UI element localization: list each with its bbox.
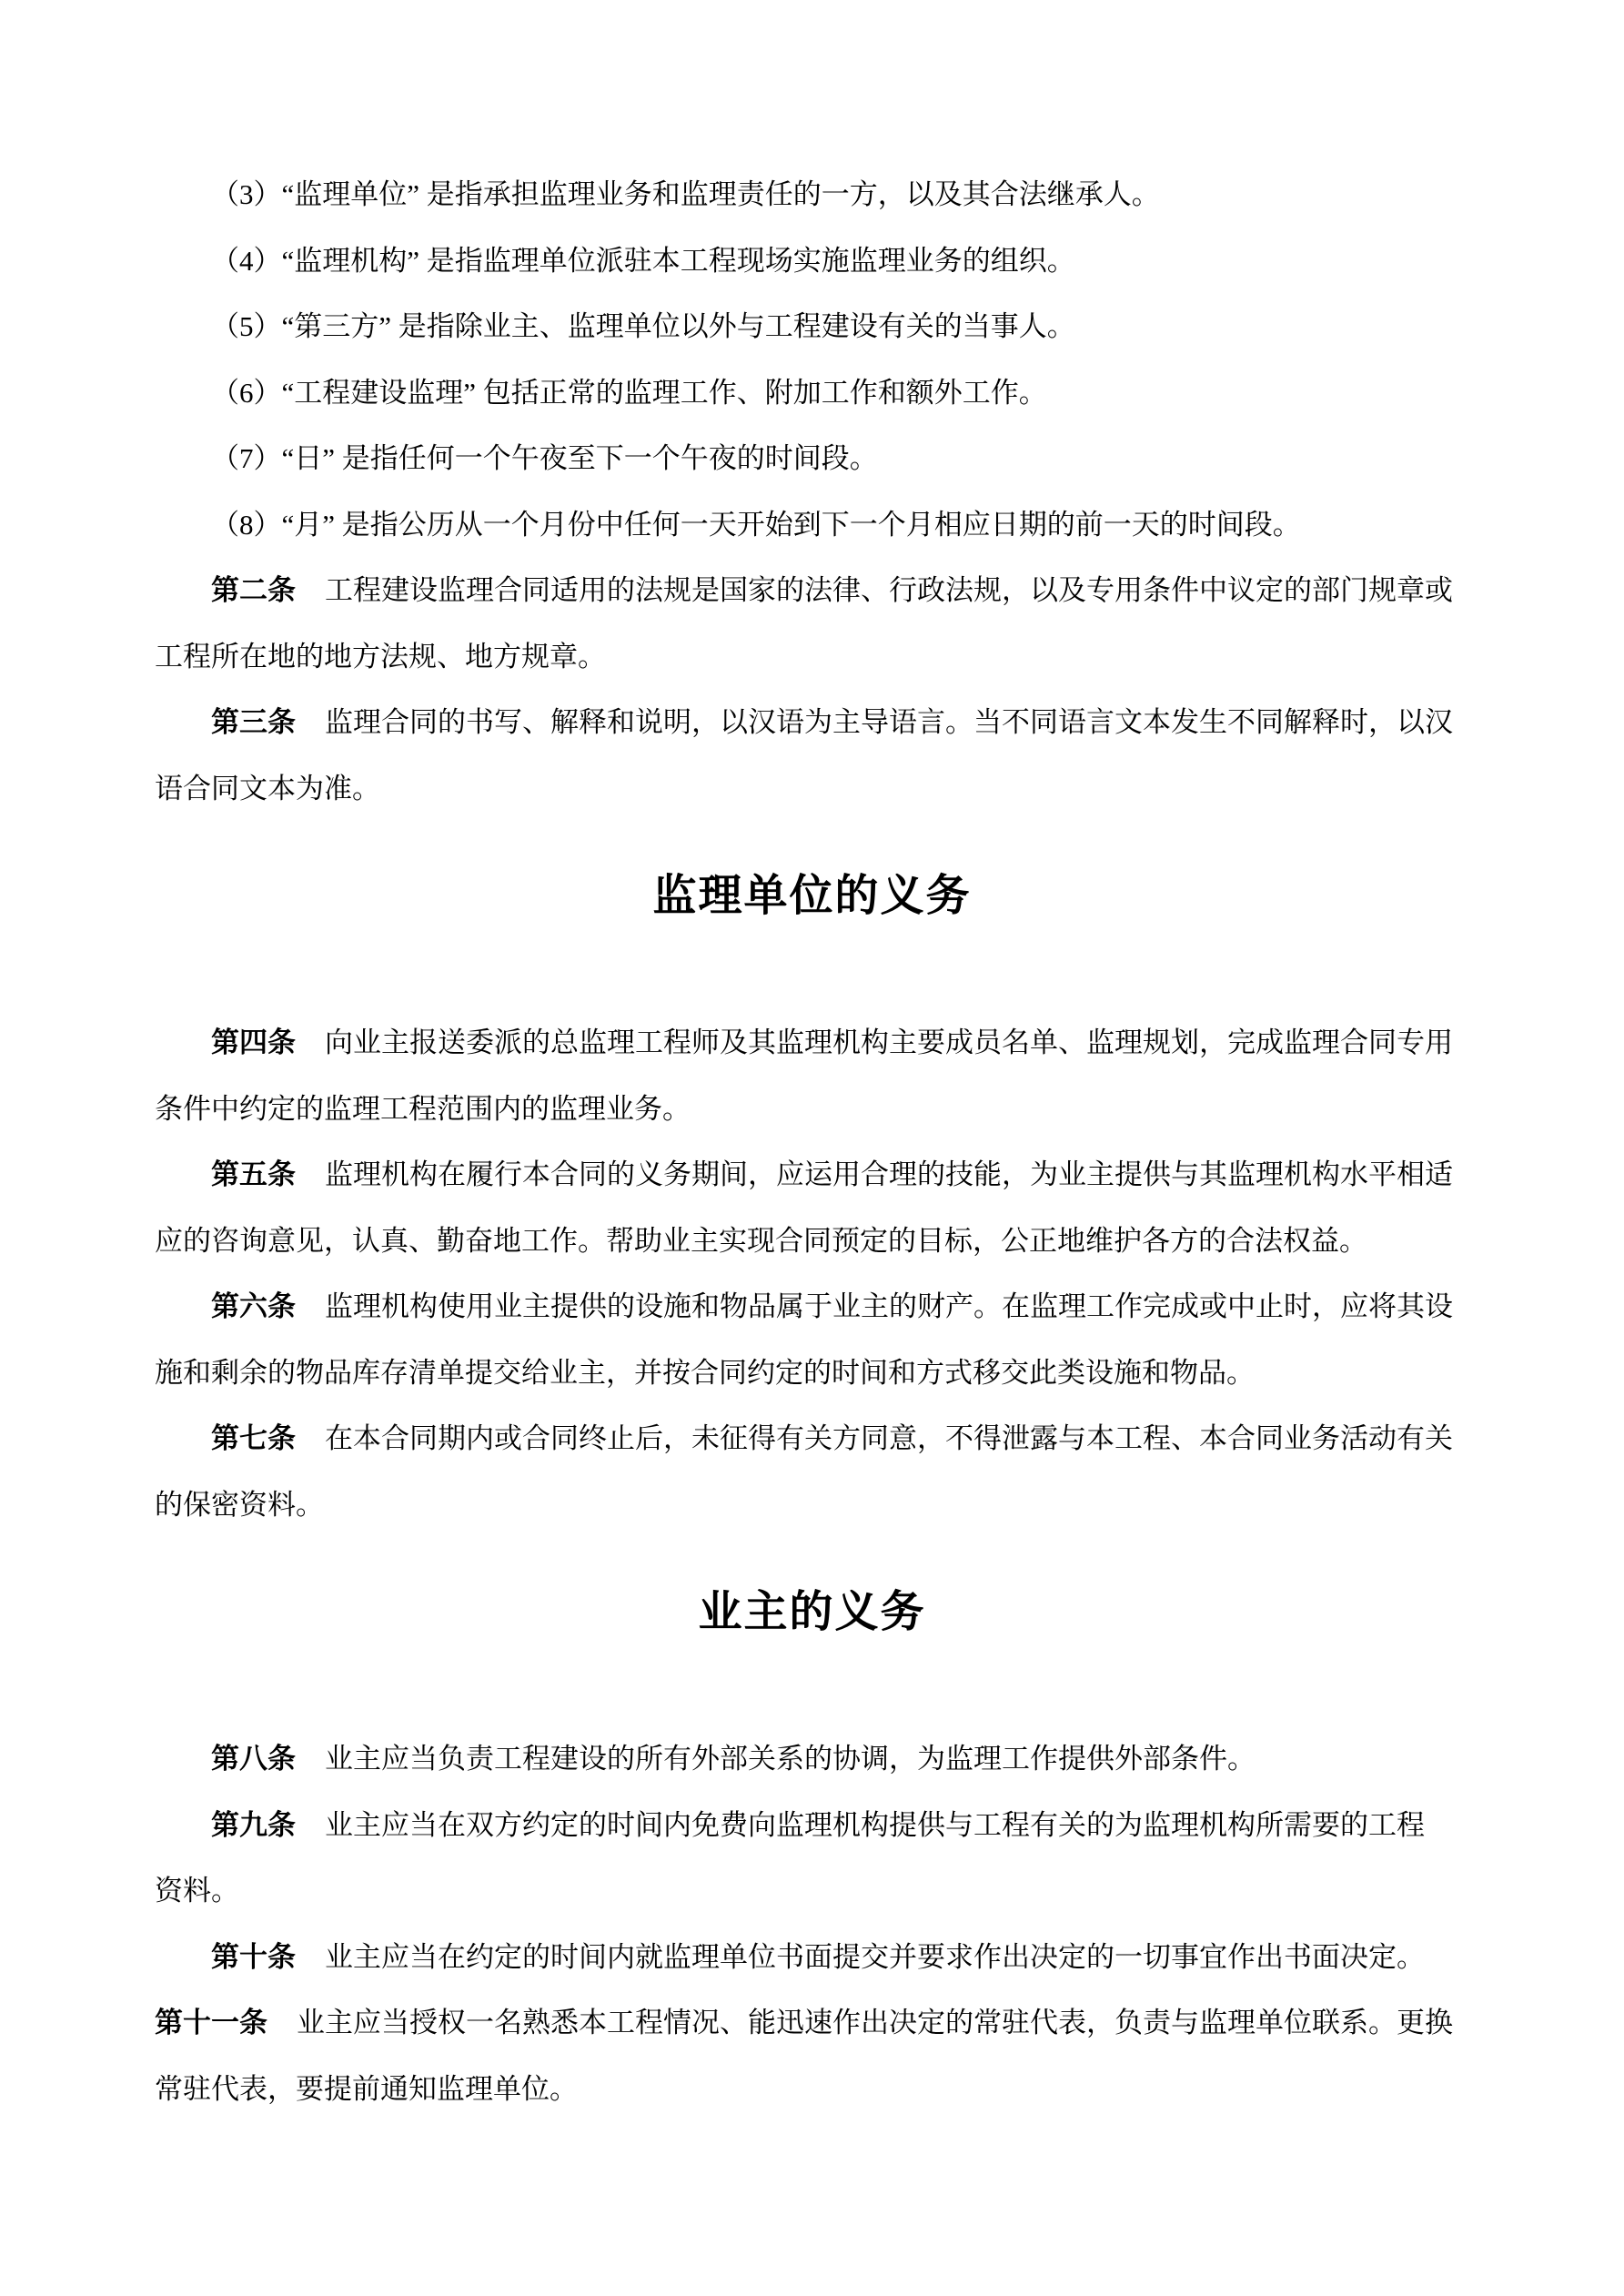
clause-line: 常驻代表，要提前通知监理单位。 bbox=[155, 2057, 1469, 2123]
clause-text: 工程建设监理合同适用的法规是国家的法律、行政法规，以及专用条件中议定的部门规章或 bbox=[325, 574, 1453, 606]
contract-clause: 第九条业主应当在双方约定的时间内免费向监理机构提供与工程有关的为监理机构所需要的… bbox=[155, 1793, 1469, 1925]
clause-line: 第十一条业主应当授权一名熟悉本工程情况、能迅速作出决定的常驻代表，负责与监理单位… bbox=[155, 1990, 1469, 2057]
contract-clause: 第六条监理机构使用业主提供的设施和物品属于业主的财产。在监理工作完成或中止时，应… bbox=[155, 1274, 1469, 1406]
clause-text: 业主应当负责工程建设的所有外部关系的协调，为监理工作提供外部条件。 bbox=[325, 1743, 1256, 1775]
clause-number: 第九条 bbox=[211, 1809, 296, 1841]
clause-text: 向业主报送委派的总监理工程师及其监理机构主要成员名单、监理规划，完成监理合同专用 bbox=[325, 1027, 1453, 1058]
clause-line: （4）“监理机构” 是指监理单位派驻本工程现场实施监理业务的组织。 bbox=[155, 228, 1469, 295]
clause-line: 语合同文本为准。 bbox=[155, 756, 1469, 823]
clause-number: 第十一条 bbox=[155, 2007, 267, 2038]
document-page: （3）“监理单位” 是指承担监理业务和监理责任的一方，以及其合法继承人。（4）“… bbox=[0, 0, 1624, 2296]
clause-line: （5）“第三方” 是指除业主、监理单位以外与工程建设有关的当事人。 bbox=[155, 294, 1469, 360]
clause-line: （8）“月” 是指公历从一个月份中任何一天开始到下一个月相应日期的前一天的时间段… bbox=[155, 492, 1469, 559]
clause-line: （6）“工程建设监理” 包括正常的监理工作、附加工作和额外工作。 bbox=[155, 360, 1469, 427]
clause-line: 第六条监理机构使用业主提供的设施和物品属于业主的财产。在监理工作完成或中止时，应… bbox=[155, 1274, 1469, 1340]
clause-number: 第六条 bbox=[211, 1290, 296, 1322]
clause-line: 工程所在地的地方法规、地方规章。 bbox=[155, 624, 1469, 691]
contract-clause: 第二条工程建设监理合同适用的法规是国家的法律、行政法规，以及专用条件中议定的部门… bbox=[155, 558, 1469, 690]
clause-line: 第五条监理机构在履行本合同的义务期间，应运用合理的技能，为业主提供与其监理机构水… bbox=[155, 1142, 1469, 1209]
contract-clause: （6）“工程建设监理” 包括正常的监理工作、附加工作和额外工作。 bbox=[155, 360, 1469, 427]
contract-clause: 第七条在本合同期内或合同终止后，未征得有关方同意，不得泄露与本工程、本合同业务活… bbox=[155, 1406, 1469, 1538]
clause-number: 第八条 bbox=[211, 1743, 296, 1775]
contract-clause: 第十一条业主应当授权一名熟悉本工程情况、能迅速作出决定的常驻代表，负责与监理单位… bbox=[155, 1990, 1469, 2122]
clause-text: 在本合同期内或合同终止后，未征得有关方同意，不得泄露与本工程、本合同业务活动有关 bbox=[325, 1422, 1453, 1454]
clause-line: 第十条业主应当在约定的时间内就监理单位书面提交并要求作出决定的一切事宜作出书面决… bbox=[155, 1925, 1469, 1991]
clause-line: （3）“监理单位” 是指承担监理业务和监理责任的一方，以及其合法继承人。 bbox=[155, 162, 1469, 228]
contract-clause: 第五条监理机构在履行本合同的义务期间，应运用合理的技能，为业主提供与其监理机构水… bbox=[155, 1142, 1469, 1274]
clause-text: 业主应当在双方约定的时间内免费向监理机构提供与工程有关的为监理机构所需要的工程 bbox=[325, 1809, 1425, 1841]
clause-number: 第四条 bbox=[211, 1027, 296, 1058]
clause-line: 第七条在本合同期内或合同终止后，未征得有关方同意，不得泄露与本工程、本合同业务活… bbox=[155, 1406, 1469, 1472]
contract-text: （3）“监理单位” 是指承担监理业务和监理责任的一方，以及其合法继承人。（4）“… bbox=[155, 162, 1469, 2122]
contract-clause: 第四条向业主报送委派的总监理工程师及其监理机构主要成员名单、监理规划，完成监理合… bbox=[155, 1010, 1469, 1142]
contract-clause: 第三条监理合同的书写、解释和说明，以汉语为主导语言。当不同语言文本发生不同解释时… bbox=[155, 690, 1469, 822]
clause-line: 第四条向业主报送委派的总监理工程师及其监理机构主要成员名单、监理规划，完成监理合… bbox=[155, 1010, 1469, 1077]
clause-line: 第三条监理合同的书写、解释和说明，以汉语为主导语言。当不同语言文本发生不同解释时… bbox=[155, 690, 1469, 756]
clause-number: 第七条 bbox=[211, 1422, 296, 1454]
clause-line: 条件中约定的监理工程范围内的监理业务。 bbox=[155, 1077, 1469, 1143]
clause-text: 监理机构在履行本合同的义务期间，应运用合理的技能，为业主提供与其监理机构水平相适 bbox=[325, 1158, 1453, 1190]
clause-line: 第二条工程建设监理合同适用的法规是国家的法律、行政法规，以及专用条件中议定的部门… bbox=[155, 558, 1469, 624]
section-heading: 业主的义务 bbox=[155, 1572, 1469, 1654]
clause-line: 第九条业主应当在双方约定的时间内免费向监理机构提供与工程有关的为监理机构所需要的… bbox=[155, 1793, 1469, 1859]
clause-number: 第五条 bbox=[211, 1158, 296, 1190]
contract-clause: （5）“第三方” 是指除业主、监理单位以外与工程建设有关的当事人。 bbox=[155, 294, 1469, 360]
clause-text: 业主应当授权一名熟悉本工程情况、能迅速作出决定的常驻代表，负责与监理单位联系。更… bbox=[297, 2007, 1453, 2038]
clause-number: 第十条 bbox=[211, 1941, 296, 1973]
clause-line: 第八条业主应当负责工程建设的所有外部关系的协调，为监理工作提供外部条件。 bbox=[155, 1726, 1469, 1793]
contract-clause: 第八条业主应当负责工程建设的所有外部关系的协调，为监理工作提供外部条件。 bbox=[155, 1726, 1469, 1793]
clause-line: 的保密资料。 bbox=[155, 1472, 1469, 1539]
clause-line: 应的咨询意见，认真、勤奋地工作。帮助业主实现合同预定的目标，公正地维护各方的合法… bbox=[155, 1209, 1469, 1275]
contract-clause: 第十条业主应当在约定的时间内就监理单位书面提交并要求作出决定的一切事宜作出书面决… bbox=[155, 1925, 1469, 1991]
contract-clause: （7）“日” 是指任何一个午夜至下一个午夜的时间段。 bbox=[155, 426, 1469, 492]
clause-line: 施和剩余的物品库存清单提交给业主，并按合同约定的时间和方式移交此类设施和物品。 bbox=[155, 1340, 1469, 1407]
clause-text: 业主应当在约定的时间内就监理单位书面提交并要求作出决定的一切事宜作出书面决定。 bbox=[325, 1941, 1425, 1973]
clause-number: 第二条 bbox=[211, 574, 296, 606]
clause-line: 资料。 bbox=[155, 1858, 1469, 1925]
section-heading: 监理单位的义务 bbox=[155, 855, 1469, 937]
clause-line: （7）“日” 是指任何一个午夜至下一个午夜的时间段。 bbox=[155, 426, 1469, 492]
clause-text: 监理机构使用业主提供的设施和物品属于业主的财产。在监理工作完成或中止时，应将其设 bbox=[325, 1290, 1453, 1322]
contract-clause: （3）“监理单位” 是指承担监理业务和监理责任的一方，以及其合法继承人。 bbox=[155, 162, 1469, 228]
contract-clause: （4）“监理机构” 是指监理单位派驻本工程现场实施监理业务的组织。 bbox=[155, 228, 1469, 295]
contract-clause: （8）“月” 是指公历从一个月份中任何一天开始到下一个月相应日期的前一天的时间段… bbox=[155, 492, 1469, 559]
clause-text: 监理合同的书写、解释和说明，以汉语为主导语言。当不同语言文本发生不同解释时，以汉 bbox=[325, 706, 1453, 738]
clause-number: 第三条 bbox=[211, 706, 296, 738]
